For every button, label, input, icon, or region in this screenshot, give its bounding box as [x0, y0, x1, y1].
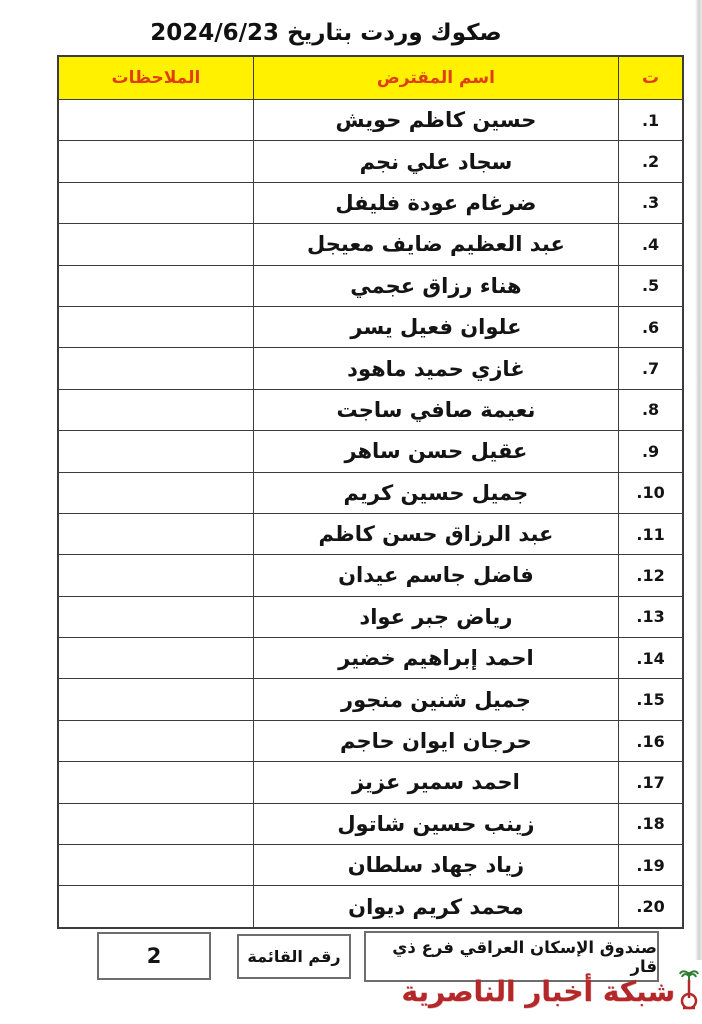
scanned-page-edge	[695, 0, 702, 960]
row-borrower-name: محمد كريم ديوان	[253, 886, 618, 928]
row-notes	[58, 886, 253, 928]
row-number: 19.	[619, 845, 683, 886]
row-notes	[58, 638, 253, 679]
row-notes	[58, 513, 253, 554]
row-notes	[58, 431, 253, 472]
table-row: 3. ضرغام عودة فليفل	[58, 182, 683, 223]
row-borrower-name: زياد جهاد سلطان	[253, 845, 618, 886]
row-notes	[58, 803, 253, 844]
table-body: 1. حسين كاظم حويش 2. سجاد علي نجم 3. ضرغ…	[58, 100, 683, 928]
row-number: 12.	[619, 555, 683, 596]
row-notes	[58, 472, 253, 513]
table-row: 6. علوان فعيل يسر	[58, 306, 683, 347]
table-row: 20. محمد كريم ديوان	[58, 886, 683, 928]
row-borrower-name: عقيل حسن ساهر	[253, 431, 618, 472]
column-header-borrower-name: اسم المقترض	[253, 56, 618, 100]
watermark-logo-icon	[678, 968, 700, 1014]
watermark-text: شبكة أخبار الناصرية	[401, 975, 675, 1008]
row-borrower-name: علوان فعيل يسر	[253, 306, 618, 347]
row-number: 13.	[619, 596, 683, 637]
table-row: 13. رياض جبر عواد	[58, 596, 683, 637]
row-borrower-name: رياض جبر عواد	[253, 596, 618, 637]
row-borrower-name: سجاد علي نجم	[253, 141, 618, 182]
row-notes	[58, 679, 253, 720]
list-number-label-box: رقم القائمة	[237, 934, 351, 979]
table-row: 7. غازي حميد ماهود	[58, 348, 683, 389]
row-number: 18.	[619, 803, 683, 844]
column-header-index: ت	[619, 56, 683, 100]
row-number: 9.	[619, 431, 683, 472]
table-row: 5. هناء رزاق عجمي	[58, 265, 683, 306]
row-notes	[58, 141, 253, 182]
table-row: 1. حسين كاظم حويش	[58, 100, 683, 141]
row-notes	[58, 555, 253, 596]
row-borrower-name: غازي حميد ماهود	[253, 348, 618, 389]
row-borrower-name: ضرغام عودة فليفل	[253, 182, 618, 223]
row-number: 11.	[619, 513, 683, 554]
row-number: 7.	[619, 348, 683, 389]
row-number: 5.	[619, 265, 683, 306]
table-row: 9. عقيل حسن ساهر	[58, 431, 683, 472]
row-borrower-name: عبد العظيم ضايف معيجل	[253, 224, 618, 265]
row-borrower-name: جميل حسين كريم	[253, 472, 618, 513]
row-number: 17.	[619, 762, 683, 803]
page-title: صكوك وردت بتاريخ 2024/6/23	[0, 20, 652, 46]
row-number: 20.	[619, 886, 683, 928]
row-number: 6.	[619, 306, 683, 347]
row-notes	[58, 182, 253, 223]
table-row: 16. حرجان ايوان حاجم	[58, 720, 683, 761]
list-number-value-box: 2	[97, 932, 211, 980]
row-number: 8.	[619, 389, 683, 430]
table-row: 19. زياد جهاد سلطان	[58, 845, 683, 886]
column-header-notes: الملاحظات	[58, 56, 253, 100]
watermark: شبكة أخبار الناصرية	[401, 968, 700, 1014]
row-notes	[58, 100, 253, 141]
row-number: 4.	[619, 224, 683, 265]
table-row: 14. احمد إبراهيم خضير	[58, 638, 683, 679]
table-row: 4. عبد العظيم ضايف معيجل	[58, 224, 683, 265]
row-borrower-name: هناء رزاق عجمي	[253, 265, 618, 306]
row-notes	[58, 224, 253, 265]
row-notes	[58, 265, 253, 306]
table-row: 12. فاضل جاسم عيدان	[58, 555, 683, 596]
row-number: 3.	[619, 182, 683, 223]
table-row: 11. عبد الرزاق حسن كاظم	[58, 513, 683, 554]
row-number: 10.	[619, 472, 683, 513]
borrowers-table: ت اسم المقترض الملاحظات 1. حسين كاظم حوي…	[57, 55, 684, 929]
row-borrower-name: جميل شنين منجور	[253, 679, 618, 720]
row-borrower-name: حسين كاظم حويش	[253, 100, 618, 141]
row-number: 16.	[619, 720, 683, 761]
row-number: 2.	[619, 141, 683, 182]
table-row: 15. جميل شنين منجور	[58, 679, 683, 720]
row-notes	[58, 720, 253, 761]
table-header-row: ت اسم المقترض الملاحظات	[58, 56, 683, 100]
row-notes	[58, 596, 253, 637]
row-number: 1.	[619, 100, 683, 141]
table-row: 10. جميل حسين كريم	[58, 472, 683, 513]
document-page: صكوك وردت بتاريخ 2024/6/23 ت اسم المقترض…	[0, 0, 702, 1024]
row-number: 14.	[619, 638, 683, 679]
row-notes	[58, 762, 253, 803]
table-row: 2. سجاد علي نجم	[58, 141, 683, 182]
table-row: 8. نعيمة صافي ساجت	[58, 389, 683, 430]
row-number: 15.	[619, 679, 683, 720]
row-borrower-name: عبد الرزاق حسن كاظم	[253, 513, 618, 554]
row-borrower-name: حرجان ايوان حاجم	[253, 720, 618, 761]
row-borrower-name: احمد سمير عزيز	[253, 762, 618, 803]
row-notes	[58, 389, 253, 430]
row-borrower-name: زينب حسين شاتول	[253, 803, 618, 844]
row-notes	[58, 845, 253, 886]
row-notes	[58, 306, 253, 347]
row-borrower-name: احمد إبراهيم خضير	[253, 638, 618, 679]
row-borrower-name: نعيمة صافي ساجت	[253, 389, 618, 430]
row-notes	[58, 348, 253, 389]
table-row: 17. احمد سمير عزيز	[58, 762, 683, 803]
table-row: 18. زينب حسين شاتول	[58, 803, 683, 844]
row-borrower-name: فاضل جاسم عيدان	[253, 555, 618, 596]
